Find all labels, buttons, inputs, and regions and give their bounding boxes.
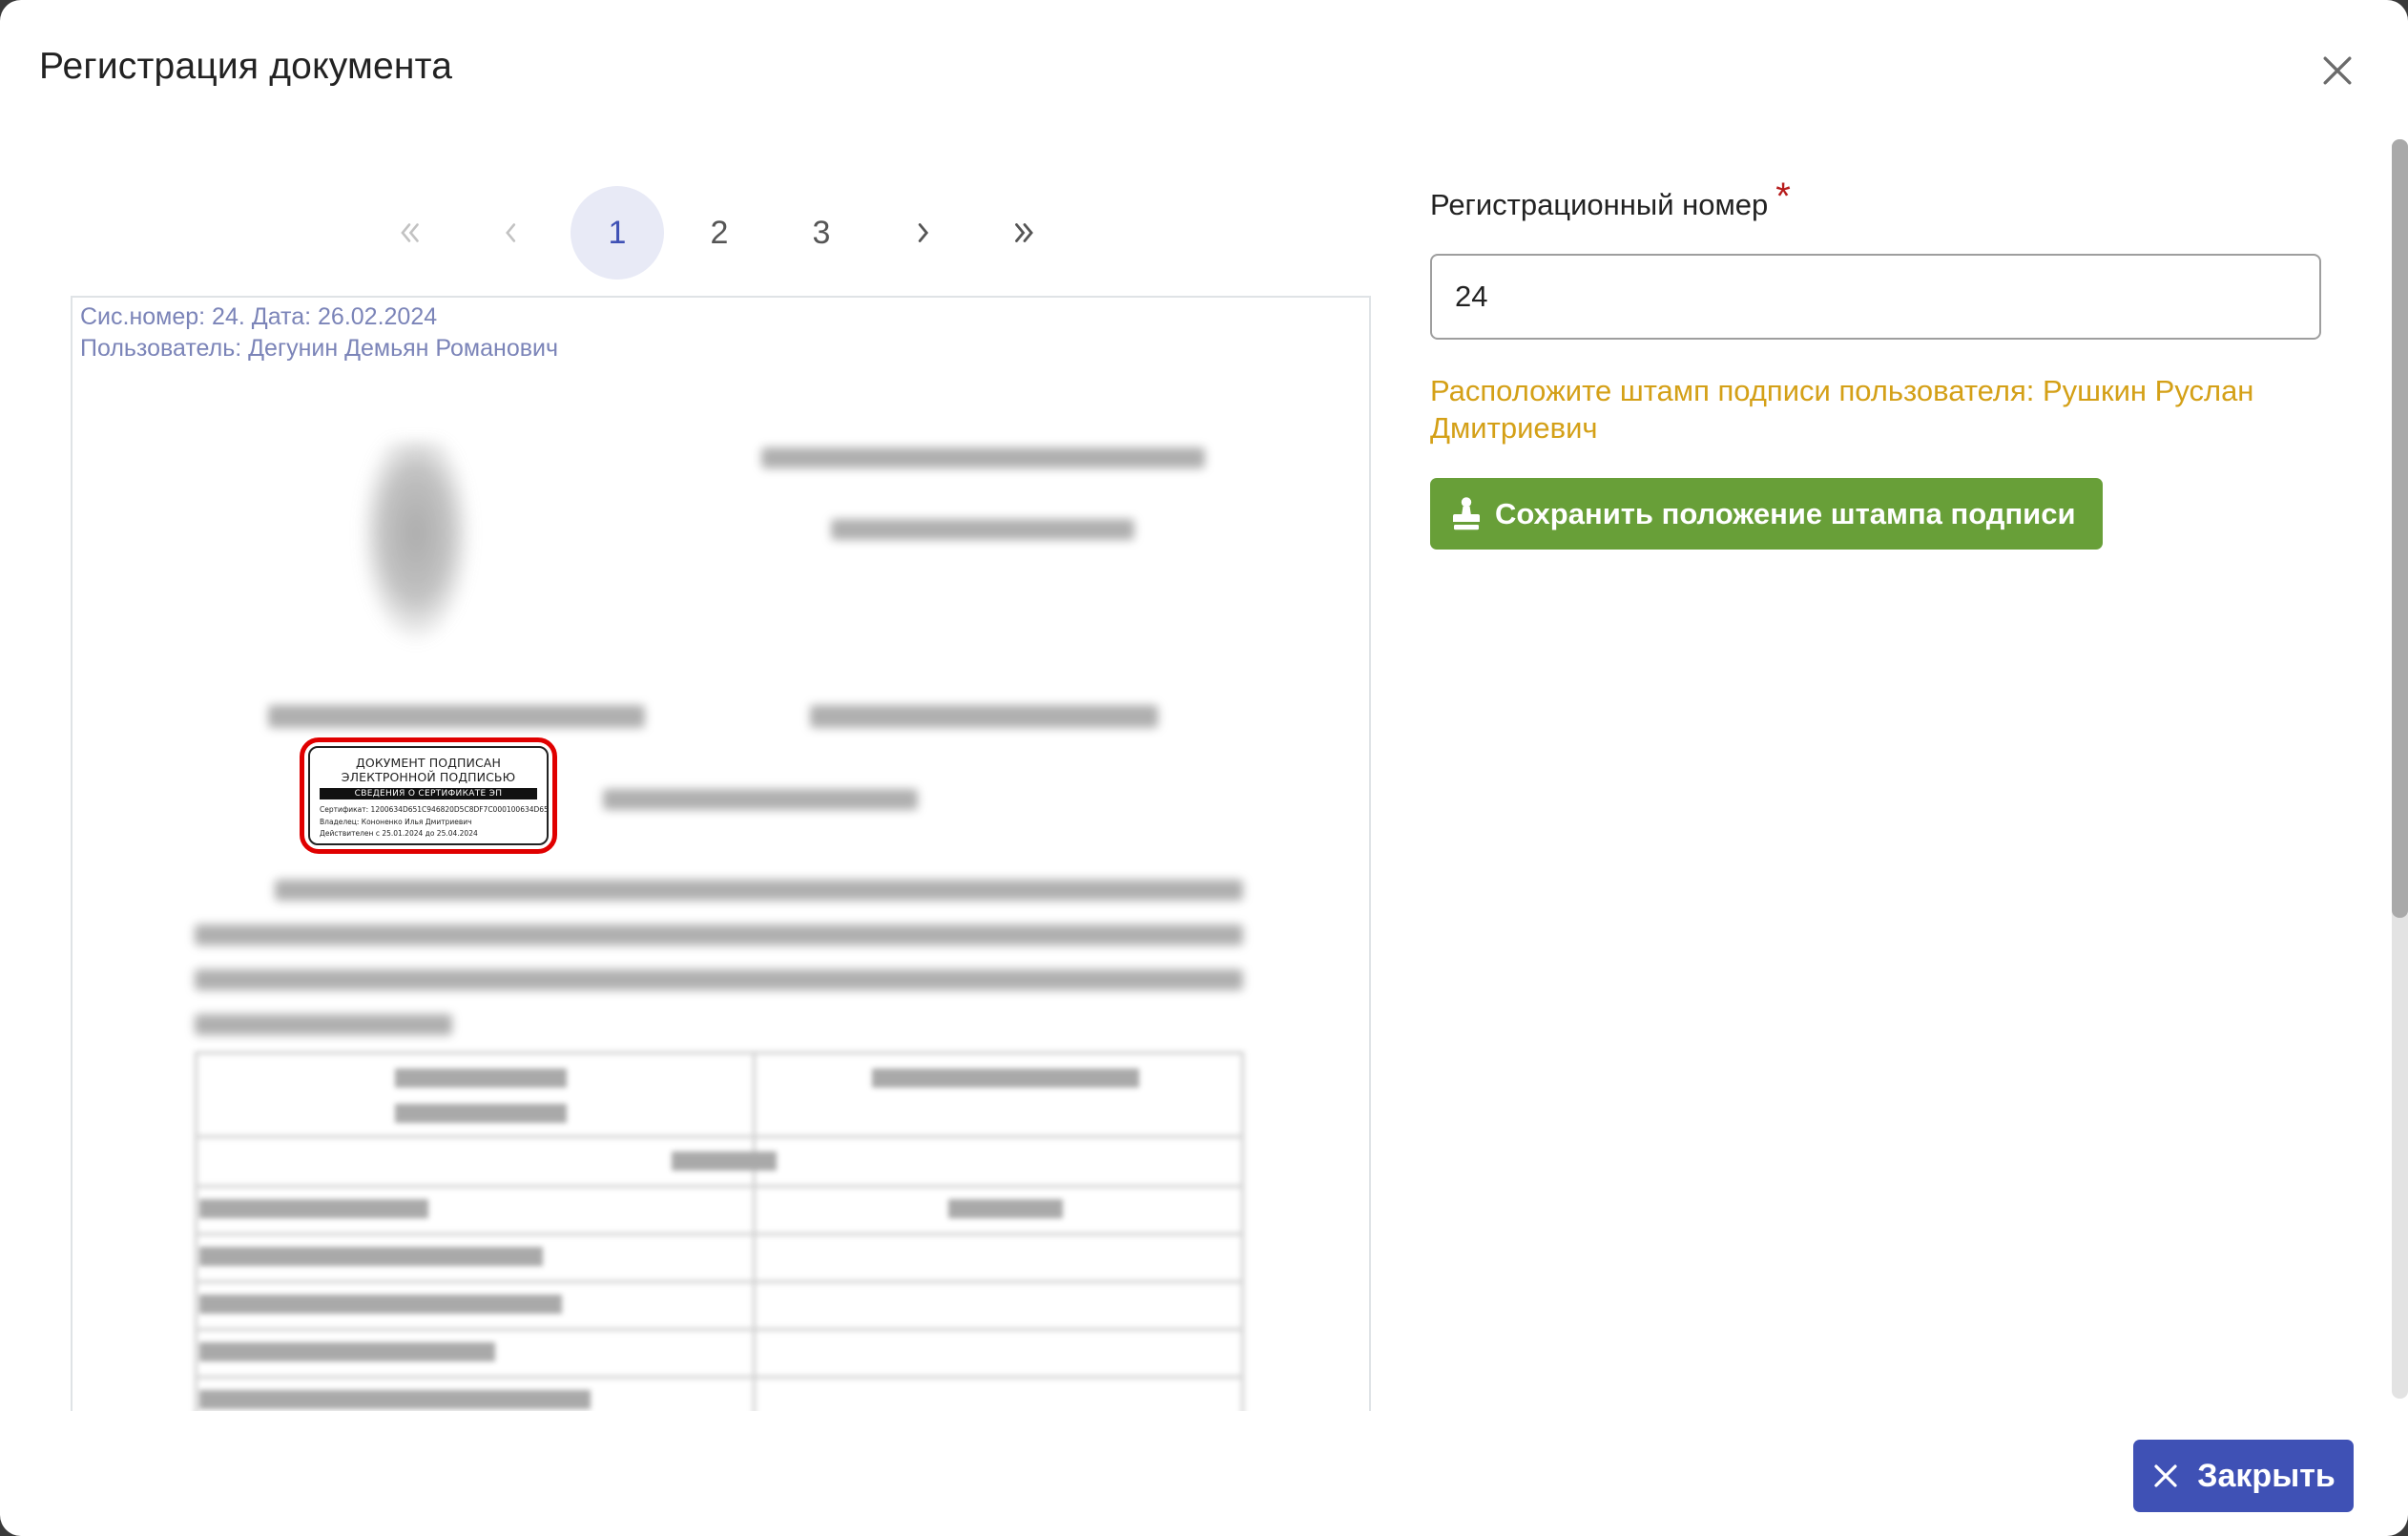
stamp-certificate-header: СВЕДЕНИЯ О СЕРТИФИКАТЕ ЭП [320, 788, 537, 799]
reg-number-input[interactable] [1430, 254, 2321, 340]
stamp-title-line2: ЭЛЕКТРОННОЙ ПОДПИСЬЮ [320, 770, 537, 784]
blurred-text [603, 789, 918, 810]
stamp-title-line1: ДОКУМЕНТ ПОДПИСАН [320, 756, 537, 770]
blurred-text [195, 1014, 452, 1035]
stamp-owner: Владелец: Кононенко Илья Дмитриевич [320, 817, 537, 829]
save-stamp-position-label: Сохранить положение штампа подписи [1495, 497, 2076, 531]
first-page-button[interactable] [363, 186, 456, 280]
chevron-right-icon [906, 217, 939, 249]
blurred-table [195, 1051, 1244, 1411]
stamp-icon [1451, 496, 1482, 532]
close-button-label: Закрыть [2197, 1458, 2335, 1495]
reg-number-label-text: Регистрационный номер [1430, 188, 1768, 221]
blurred-text [195, 969, 1243, 990]
save-stamp-position-button[interactable]: Сохранить положение штампа подписи [1430, 478, 2103, 550]
last-page-button[interactable] [978, 186, 1071, 280]
document-preview[interactable]: Сис.номер: 24. Дата: 26.02.2024 Пользова… [71, 296, 1371, 1411]
document-sys-number: Сис.номер: 24. Дата: 26.02.2024 [80, 301, 558, 333]
dialog-title: Регистрация документа [39, 46, 452, 88]
blurred-text [268, 705, 645, 728]
blurred-text [810, 705, 1158, 728]
blurred-text [195, 924, 1243, 945]
close-icon [2316, 50, 2358, 92]
registration-dialog: Регистрация документа 1 2 3 [0, 0, 2408, 1536]
blurred-text [831, 519, 1134, 540]
scrollbar-track[interactable] [2392, 139, 2408, 1399]
page-1-button[interactable]: 1 [571, 186, 664, 280]
required-mark: * [1775, 176, 1791, 218]
dialog-close-button[interactable] [2316, 50, 2358, 92]
document-user: Пользователь: Дегунин Демьян Романович [80, 333, 558, 364]
stamp-validity: Действителен с 25.01.2024 до 25.04.2024 [320, 828, 537, 841]
emblem-image [359, 441, 473, 646]
stamp-certificate: Сертификат: 1200634D651C946820D5C8DF7C00… [320, 804, 537, 817]
chevron-left-icon [495, 217, 528, 249]
chevrons-left-icon [393, 217, 426, 249]
page-3-button[interactable]: 3 [775, 186, 868, 280]
scrollbar-thumb[interactable] [2392, 139, 2408, 918]
next-page-button[interactable] [876, 186, 969, 280]
signature-stamp[interactable]: ДОКУМЕНТ ПОДПИСАН ЭЛЕКТРОННОЙ ПОДПИСЬЮ С… [300, 737, 557, 854]
blurred-text [275, 880, 1243, 901]
close-icon [2151, 1462, 2180, 1490]
prev-page-button[interactable] [465, 186, 558, 280]
blurred-text [761, 447, 1205, 468]
document-meta: Сис.номер: 24. Дата: 26.02.2024 Пользова… [80, 301, 558, 364]
reg-number-label: Регистрационный номер* [1430, 181, 1791, 224]
close-button[interactable]: Закрыть [2133, 1440, 2354, 1512]
signature-stamp-body: ДОКУМЕНТ ПОДПИСАН ЭЛЕКТРОННОЙ ПОДПИСЬЮ С… [308, 746, 549, 845]
chevrons-right-icon [1008, 217, 1041, 249]
page-2-button[interactable]: 2 [673, 186, 766, 280]
stamp-placement-hint: Расположите штамп подписи пользователя: … [1430, 372, 2327, 446]
